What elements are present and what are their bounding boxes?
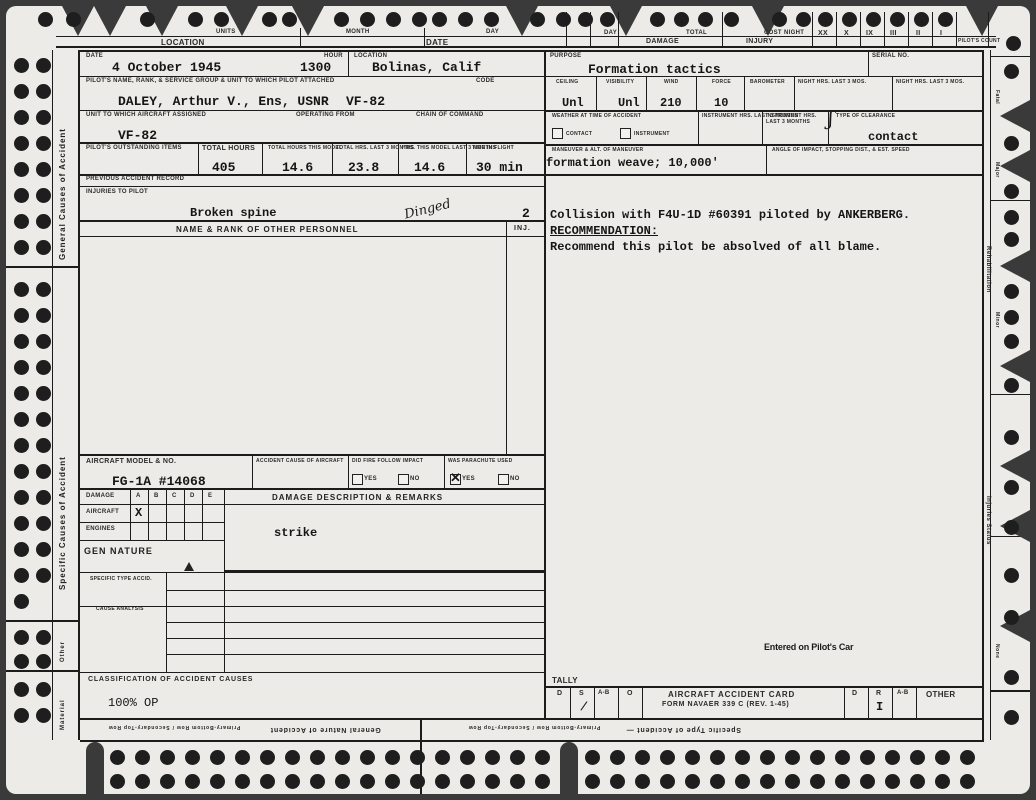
injury-code: 2 — [522, 206, 530, 221]
checked-x-icon: ✕ — [450, 470, 461, 486]
strip-pilots-count-label: Pilot's Count — [958, 38, 1000, 44]
bottom-notch — [560, 742, 578, 794]
strip-units-label: Units — [216, 29, 236, 35]
injuries-value: Broken spine — [190, 206, 276, 220]
punch-hole — [674, 12, 689, 27]
pilot-name-value: DALEY, Arthur V., Ens, USNR — [118, 94, 329, 109]
accident-card: Location Date Units Month Day Damage Inj… — [6, 6, 1030, 794]
pilot-name-label: Pilot's name, rank, & service group & un… — [86, 78, 334, 84]
force-value: 10 — [714, 96, 728, 110]
damage-col-b: B — [154, 493, 159, 499]
roman-col-xx: XX — [818, 30, 828, 37]
strip-injury-label: Injury — [746, 38, 773, 45]
clearance-label: Type of clearance — [836, 113, 895, 119]
punch-hole — [842, 12, 857, 27]
fire-no-checkbox[interactable] — [398, 474, 409, 485]
total-hours-value: 405 — [212, 160, 235, 175]
punch-hole — [188, 12, 203, 27]
visibility-value: Unl — [618, 96, 640, 110]
punch-hole — [360, 12, 375, 27]
general-nature-label: General Nature of Accident — [270, 726, 381, 733]
total-hours-label: Total hours — [202, 145, 255, 152]
punch-notch — [94, 6, 126, 36]
punch-hole — [1006, 36, 1021, 51]
tally-label: Tally — [552, 676, 578, 685]
bottom-notch — [86, 742, 104, 794]
time-in-flight-value: 30 min — [476, 160, 523, 175]
time-in-flight-label: Time in flight — [472, 145, 514, 151]
triangle-mark-icon — [184, 562, 194, 571]
classification-value: 100% OP — [108, 696, 158, 710]
visibility-label: Visibility — [606, 79, 634, 85]
purpose-value: Formation tactics — [588, 62, 721, 77]
damage-col-d: D — [190, 493, 195, 499]
fire-yes-label: Yes — [364, 476, 377, 482]
narrative-area[interactable]: Collision with F4U-1D #60391 piloted by … — [548, 178, 980, 674]
gen-nature-label: Gen Nature — [84, 546, 153, 556]
previous-record-label: Previous accident record — [86, 176, 184, 182]
maneuver-value: formation weave; 10,000' — [546, 156, 719, 170]
punch-hole — [650, 12, 665, 27]
handwritten-mark: ʃ — [828, 106, 833, 130]
hour-label: Hour — [324, 53, 343, 59]
serial-no-label: Serial No. — [872, 53, 909, 59]
strip-location-label: Location — [161, 38, 205, 47]
punch-hole — [458, 12, 473, 27]
roman-col-x: X — [844, 30, 849, 37]
tally-col-ab-right: A-B — [897, 690, 909, 696]
specific-type-accident-label: Specific Type of Accident — — [626, 726, 741, 733]
strip-day-label: Day — [486, 29, 499, 35]
card-title: Aircraft Accident Card — [668, 690, 795, 699]
injuries-status-label: Injuries Status — [985, 496, 991, 545]
damage-description-value: strike — [274, 526, 317, 540]
parachute-yes-label: Yes — [462, 476, 475, 482]
parachute-yes-checkbox[interactable]: ✕ — [450, 474, 461, 485]
tally-col-d: D — [557, 690, 562, 697]
code-label: Code — [476, 78, 495, 84]
location-label: Location — [354, 53, 387, 59]
punch-hole — [140, 12, 155, 27]
damage-aircraft-mark: X — [135, 506, 142, 520]
punch-hole — [262, 12, 277, 27]
strip-damage-label: Damage — [646, 38, 679, 45]
wind-label: Wind — [664, 79, 679, 85]
roman-col-ii: II — [916, 30, 921, 37]
punch-hole — [412, 12, 427, 27]
roman-col-iii: III — [890, 30, 897, 37]
aircraft-model-label: Aircraft model & No. — [86, 458, 176, 465]
tally-col-s: S — [579, 690, 584, 697]
location-value: Bolinas, Calif — [372, 60, 481, 75]
tally-slash-mark: / — [579, 698, 588, 714]
hours-last3-value: 23.8 — [348, 160, 379, 175]
contact-checkbox[interactable] — [552, 128, 563, 139]
punch-hole — [334, 12, 349, 27]
form-number: Form NavAer 339 C (Rev. 1-45) — [662, 701, 789, 708]
punch-hole — [914, 12, 929, 27]
punch-hole — [282, 12, 297, 27]
hours-this-model-label: Total hours this model — [268, 145, 342, 151]
top-punch-strip: Location Date Units Month Day Damage Inj… — [6, 6, 1030, 50]
strip-night-label: Night — [784, 30, 804, 36]
narrative-line-2: Recommend this pilot be absolved of all … — [550, 240, 881, 254]
punch-hole — [484, 12, 499, 27]
tally-col-o: O — [627, 690, 633, 697]
night-hrs-label: Night hrs. last 3 mos. — [798, 79, 866, 85]
fire-yes-checkbox[interactable] — [352, 474, 363, 485]
punch-hole — [890, 12, 905, 27]
damage-col-e: E — [208, 493, 212, 499]
classification-label: Classification of Accident Causes — [88, 676, 253, 683]
rehabilitation-label: Rehabilitation — [985, 246, 991, 293]
other-personnel-list[interactable] — [82, 238, 504, 452]
hours-this-model-value: 14.6 — [282, 160, 313, 175]
parachute-no-label: No — [510, 476, 520, 482]
date-label: Date — [86, 53, 103, 59]
primary-secondary-left-label: Primary-Bottom Row / Secondary-Top Row — [108, 724, 240, 730]
tally-col-d-right: D — [852, 690, 857, 697]
punch-hole — [530, 12, 545, 27]
specific-causes-label: Specific Causes of Accident — [58, 456, 67, 590]
other-label: Other — [60, 641, 66, 662]
damage-description-header: Damage Description & Remarks — [272, 493, 443, 502]
barometer-label: Barometer — [750, 79, 785, 85]
contact-label: Contact — [566, 131, 592, 137]
instrument-hrs-label-2: Instrument hrs. last 3 months — [766, 113, 826, 125]
accident-cause-label: Accident cause of aircraft — [256, 458, 344, 464]
injuries-label: Injuries to pilot — [86, 189, 148, 195]
assigned-unit-label: Unit to which aircraft assigned — [86, 112, 206, 118]
fire-no-label: No — [410, 476, 420, 482]
operating-from-label: Operating from — [296, 112, 355, 118]
night-hrs-label-2: Night hrs. last 3 mos. — [896, 79, 964, 85]
maneuver-label: Maneuver & alt. of maneuver — [552, 147, 643, 153]
parachute-used-label: Was parachute used — [448, 458, 512, 464]
impact-label: Angle of impact, stopping dist., & est. … — [772, 147, 910, 153]
instrument-label: Instrument — [634, 131, 670, 137]
damage-col-c: C — [172, 493, 177, 499]
tally-col-other: Other — [926, 690, 956, 699]
primary-secondary-right-label: Primary-Bottom Row / Secondary-Top Row — [468, 724, 600, 730]
right-punch-margin: Rehabilitation Injuries Status Fatal Maj… — [982, 50, 1030, 740]
pilot-unit-value: VF-82 — [346, 94, 385, 109]
roman-col-i: I — [940, 30, 942, 37]
punch-hole — [600, 12, 615, 27]
strip-cost-label: Cost — [764, 30, 782, 36]
tally-r-mark: I — [876, 700, 883, 714]
damage-engines-label: Engines — [86, 526, 115, 532]
punch-hole — [66, 12, 81, 27]
left-hole-column — [14, 58, 54, 748]
damage-col-a: A — [136, 493, 141, 499]
handwritten-signature: Dinged — [403, 197, 453, 223]
punch-hole — [386, 12, 401, 27]
punch-hole — [698, 12, 713, 27]
force-label: Force — [712, 79, 731, 85]
wind-value: 210 — [660, 96, 682, 110]
ceiling-label: Ceiling — [556, 79, 578, 85]
parachute-no-checkbox[interactable] — [498, 474, 509, 485]
punch-hole — [772, 12, 787, 27]
punch-hole — [432, 12, 447, 27]
narrative-line-1: Collision with F4U-1D #60391 piloted by … — [550, 208, 910, 222]
entered-stamp: Entered on Pilot's Car — [764, 642, 853, 652]
other-personnel-header: Name & Rank of Other Personnel — [176, 225, 358, 234]
punch-hole — [796, 12, 811, 27]
punch-hole — [938, 12, 953, 27]
right-label-minor: Minor — [994, 312, 1000, 328]
material-label: Material — [60, 699, 66, 730]
instrument-checkbox[interactable] — [620, 128, 631, 139]
strip-day-small-label: Day — [604, 30, 617, 36]
general-causes-label: General Causes of Accident — [58, 128, 67, 260]
strip-total-label: Total — [686, 30, 707, 36]
recommendation-heading: RECOMMENDATION: — [550, 224, 658, 238]
tally-col-r: R — [876, 690, 881, 697]
punch-hole — [38, 12, 53, 27]
chain-of-command-label: Chain of command — [416, 112, 483, 118]
punch-hole — [724, 12, 739, 27]
punch-hole — [214, 12, 229, 27]
fire-follow-label: Did fire follow impact — [352, 458, 423, 464]
inj-header: Inj. — [514, 225, 531, 232]
purpose-label: Purpose — [550, 53, 581, 59]
bottom-punch-strip: General Nature of Accident Primary-Botto… — [80, 720, 984, 794]
damage-label: Damage — [86, 493, 114, 499]
ceiling-value: Unl — [562, 96, 584, 110]
aircraft-model-value: FG-1A #14068 — [112, 474, 206, 489]
outstanding-items-label: Pilot's outstanding items — [86, 145, 182, 151]
clearance-value: contact — [868, 130, 918, 144]
damage-aircraft-label: Aircraft — [86, 509, 119, 515]
strip-month-label: Month — [346, 29, 370, 35]
date-value: 4 October 1945 — [112, 60, 221, 75]
strip-date-label: Date — [426, 38, 448, 47]
punch-hole — [866, 12, 881, 27]
roman-col-ix: IX — [866, 30, 873, 37]
right-label-fatal: Fatal — [994, 90, 1000, 104]
weather-at-time-label: Weather at time of accident — [552, 113, 641, 119]
specific-type-label: Specific type accid. — [90, 576, 152, 582]
punch-hole — [556, 12, 571, 27]
punch-hole — [818, 12, 833, 27]
tally-col-ab: A-B — [598, 690, 610, 696]
right-label-major: Major — [994, 162, 1000, 178]
assigned-unit-value: VF-82 — [118, 128, 157, 143]
punch-notch — [966, 6, 998, 36]
model-hours-last3-value: 14.6 — [414, 160, 445, 175]
hour-value: 1300 — [300, 60, 331, 75]
right-label-none: None — [994, 644, 1000, 659]
